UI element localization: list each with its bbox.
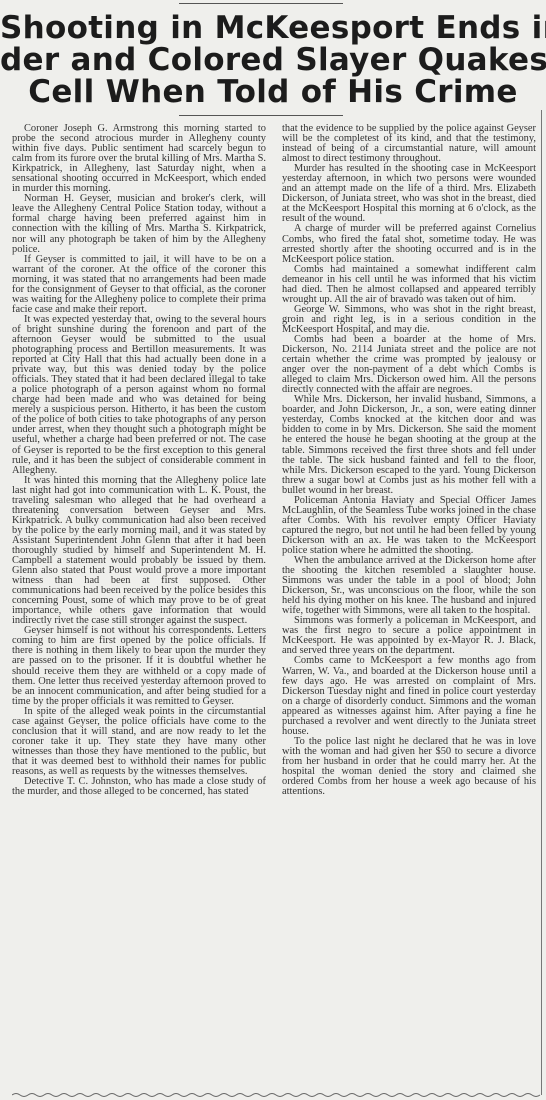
paragraph: Murder has resulted in the shooting case…	[282, 164, 536, 224]
paragraph: While Mrs. Dickerson, her invalid husban…	[282, 395, 536, 495]
paragraph: If Geyser is committed to jail, it will …	[12, 255, 266, 315]
newspaper-clipping: Shooting in McKeesport Ends in Mur- der …	[0, 0, 546, 1100]
paragraph: It was hinted this morning that the Alle…	[12, 476, 266, 627]
headline-top-rule	[179, 3, 343, 4]
paragraph: Combs had been a boarder at the home of …	[282, 335, 536, 395]
paragraph: Norman H. Geyser, musician and broker's …	[12, 194, 266, 254]
paragraph: Combs had maintained a somewhat indiffer…	[282, 265, 536, 305]
headline-line: der and Colored Slayer Quakes in	[0, 44, 546, 76]
paragraph: When the ambulance arrived at the Dicker…	[282, 556, 536, 616]
headline-line: Cell When Told of His Crime	[0, 76, 546, 108]
paragraph: Combs came to McKeesport a few months ag…	[282, 656, 536, 736]
paragraph: George W. Simmons, who was shot in the r…	[282, 305, 536, 335]
headline-bottom-rule	[179, 115, 343, 116]
column-rule	[541, 110, 542, 1095]
wavy-end-rule	[12, 1092, 542, 1098]
paragraph: Detective T. C. Johnston, who has made a…	[12, 777, 266, 797]
paragraph: Simmons was formerly a policeman in McKe…	[282, 616, 536, 656]
headline: Shooting in McKeesport Ends in Mur- der …	[0, 12, 546, 108]
paragraph: It was expected yesterday that, owing to…	[12, 315, 266, 476]
paragraph: Geyser himself is not without his corres…	[12, 626, 266, 706]
paragraph: Coroner Joseph G. Armstrong this morning…	[12, 124, 266, 194]
paragraph: To the police last night he declared tha…	[282, 737, 536, 797]
paragraph: Policeman Antonia Haviaty and Special Of…	[282, 496, 536, 556]
article-column-left: Coroner Joseph G. Armstrong this morning…	[12, 124, 266, 797]
article-column-right: that the evidence to be supplied by the …	[282, 124, 536, 797]
paragraph: that the evidence to be supplied by the …	[282, 124, 536, 164]
headline-line: Shooting in McKeesport Ends in Mur-	[0, 12, 546, 44]
paragraph: In spite of the alleged weak points in t…	[12, 707, 266, 777]
paragraph: A charge of murder will be preferred aga…	[282, 224, 536, 264]
